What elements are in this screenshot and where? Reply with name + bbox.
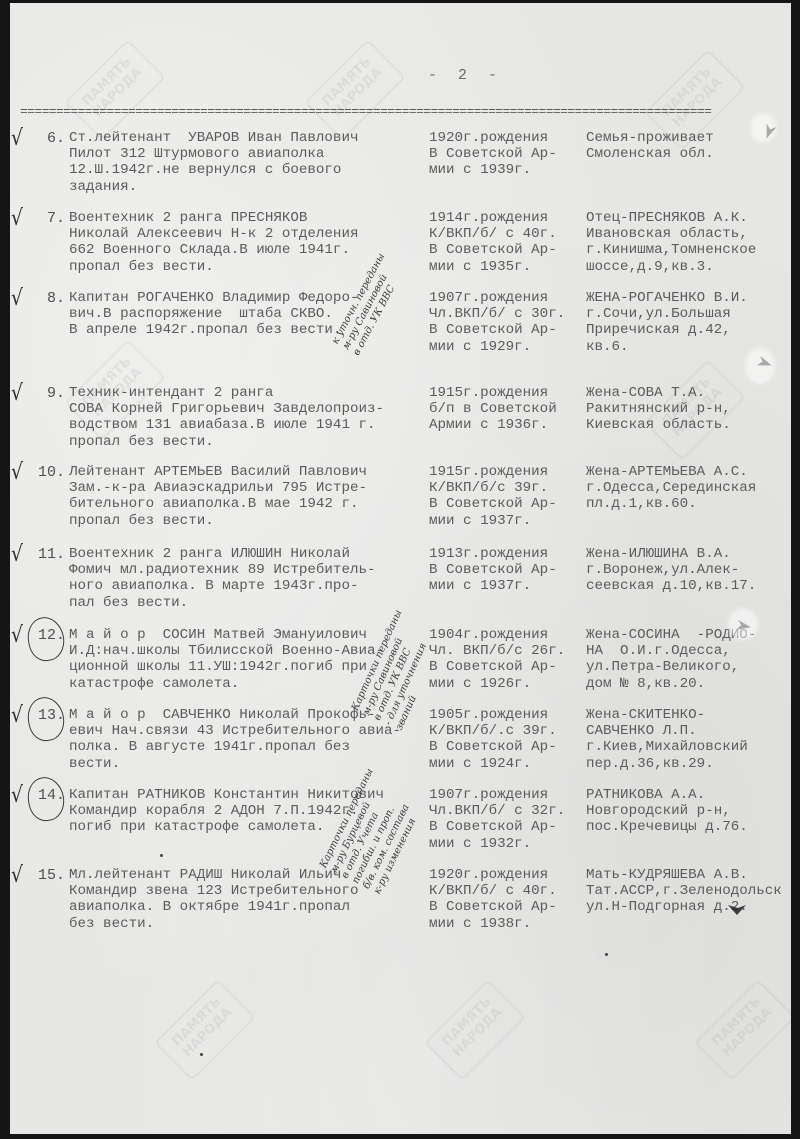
text-line: Воентехник 2 ранга ИЛЮШИН Николай	[69, 546, 376, 562]
text-line: Приречиская д.42,	[586, 322, 748, 338]
relatives-address: Семья-проживаетСмоленская обл.	[586, 130, 714, 162]
text-line: В Советской Ар-	[429, 659, 565, 675]
text-line: Пилот 312 Штурмового авиаполка	[69, 146, 358, 162]
text-line: В Советской Ар-	[429, 322, 565, 338]
relatives-address: Отец-ПРЕСНЯКОВ А.К.Ивановская область,г.…	[586, 210, 756, 275]
text-line: г.Сочи,ул.Большая	[586, 306, 748, 322]
text-line: К/ВКП/б/ с 40г.	[429, 883, 557, 899]
text-line: НА О.И.г.Одесса,	[586, 643, 756, 659]
birth-party-info: 1905г.рожденияК/ВКП/б/.с 39г.В Советской…	[429, 707, 557, 772]
text-line: 1913г.рождения	[429, 546, 557, 562]
watermark: ПАМЯТЬ НАРОДА	[304, 39, 406, 141]
entry-number: 10.	[10, 464, 65, 481]
text-line: Мать-КУДРЯШЕВА А.В.	[586, 867, 782, 883]
text-line: пл.д.1,кв.60.	[586, 496, 756, 512]
text-line: ЖЕНА-РОГАЧЕНКО В.И.	[586, 290, 748, 306]
text-line: Новгородский р-н,	[586, 803, 748, 819]
text-line: мии с 1939г.	[429, 162, 557, 178]
birth-party-info: 1914г.рожденияК/ВКП/б/ с 40г.В Советской…	[429, 210, 557, 275]
text-line: В Советской Ар-	[429, 496, 557, 512]
service-record: Воентехник 2 ранга ИЛЮШИН НиколайФомич м…	[69, 546, 376, 611]
birth-party-info: 1907г.рожденияЧл.ВКП/б/ с 32г.В Советско…	[429, 787, 565, 852]
birth-party-info: 1913г.рожденияВ Советской Ар-мии с 1937г…	[429, 546, 557, 595]
text-line: 1914г.рождения	[429, 210, 557, 226]
text-line: пер.д.36,кв.29.	[586, 756, 748, 772]
entry-number: 6.	[10, 130, 65, 147]
service-record: Капитан РОГАЧЕНКО Владимир Федоро-вич.В …	[69, 290, 358, 339]
text-line: авиаполка. В октябре 1941г.пропал	[69, 899, 358, 915]
service-record: Техник-интендант 2 рангаСОВА Корней Григ…	[69, 385, 384, 450]
text-line: Чл. ВКП/б/с 26г.	[429, 643, 565, 659]
text-line: М а й о р СОСИН Матвей Эмануилович	[69, 627, 384, 643]
text-line: Семья-проживает	[586, 130, 714, 146]
text-line: К/ВКП/б/ с 40г.	[429, 226, 557, 242]
text-line: ул.Н-Подгорная д.2.	[586, 899, 782, 915]
birth-party-info: 1907г.рожденияЧл.ВКП/б/ с 30г.В Советско…	[429, 290, 565, 355]
text-line: Зам.-к-ра Авиаэскадрильи 795 Истре-	[69, 480, 367, 496]
text-line: Воентехник 2 ранга ПРЕСНЯКОВ	[69, 210, 358, 226]
text-line: Армии с 1936г.	[429, 417, 557, 433]
text-line: САВЧЕНКО Л.П.	[586, 723, 748, 739]
text-line: Смоленская обл.	[586, 146, 714, 162]
text-line: б/п в Советской	[429, 401, 557, 417]
text-line: Жена-СКИТЕНКО-	[586, 707, 748, 723]
text-line: пропал без вести.	[69, 434, 384, 450]
text-line: ул.Петра-Великого,	[586, 659, 756, 675]
relatives-address: Жена-АРТЕМЬЕВА А.С.г.Одесса,Серединскаяп…	[586, 464, 756, 513]
text-line: Николай Алексеевич Н-к 2 отделения	[69, 226, 358, 242]
text-line: РАТНИКОВА А.А.	[586, 787, 748, 803]
text-line: 1904г.рождения	[429, 627, 565, 643]
text-line: кв.6.	[586, 339, 748, 355]
relatives-address: Жена-СОСИНА -РОДИО-НА О.И.г.Одесса,ул.Пе…	[586, 627, 756, 692]
text-line: Мл.лейтенант РАДИШ Николай Ильич	[69, 867, 358, 883]
text-line: мии с 1929г.	[429, 339, 565, 355]
entry-number: 14.	[10, 787, 65, 804]
text-line: пропал без вести.	[69, 259, 358, 275]
text-line: В Советской Ар-	[429, 146, 557, 162]
paper-speck	[200, 1053, 203, 1056]
text-line: В Советской Ар-	[429, 819, 565, 835]
text-line: без вести.	[69, 916, 358, 932]
text-line: СОВА Корней Григорьевич Завделопроиз-	[69, 401, 384, 417]
text-line: 1907г.рождения	[429, 290, 565, 306]
text-line: 1905г.рождения	[429, 707, 557, 723]
text-line: мии с 1926г.	[429, 676, 565, 692]
text-line: Жена-ИЛЮШИНА В.А.	[586, 546, 756, 562]
text-line: 1907г.рождения	[429, 787, 565, 803]
text-line: ного авиаполка. В марте 1943г.про-	[69, 578, 376, 594]
entry-number: 11.	[10, 546, 65, 563]
text-line: катастрофе самолета.	[69, 676, 384, 692]
relatives-address: Мать-КУДРЯШЕВА А.В.Тат.АССР,г.Зеленодоль…	[586, 867, 782, 916]
text-line: Техник-интендант 2 ранга	[69, 385, 384, 401]
birth-party-info: 1915г.рожденияб/п в СоветскойАрмии с 193…	[429, 385, 557, 434]
text-line: мии с 1937г.	[429, 578, 557, 594]
text-line: мии с 1937г.	[429, 513, 557, 529]
text-line: сеевская д.10,кв.17.	[586, 578, 756, 594]
watermark: ПАМЯТЬ НАРОДА	[64, 39, 166, 141]
text-line: В Советской Ар-	[429, 739, 557, 755]
text-line: Ст.лейтенант УВАРОВ Иван Павлович	[69, 130, 358, 146]
text-line: пропал без вести.	[69, 513, 367, 529]
text-line: К/ВКП/б/с 39г.	[429, 480, 557, 496]
text-line: мии с 1938г.	[429, 916, 557, 932]
paper-damage	[728, 608, 758, 640]
text-line: Отец-ПРЕСНЯКОВ А.К.	[586, 210, 756, 226]
paper-damage	[745, 348, 775, 384]
text-line: задания.	[69, 179, 358, 195]
text-line: Жена-СОВА Т.А.	[586, 385, 731, 401]
scanned-document: ПАМЯТЬ НАРОДА ПАМЯТЬ НАРОДА ПАМЯТЬ НАРОД…	[0, 0, 800, 1139]
birth-party-info: 1904г.рожденияЧл. ВКП/б/с 26г.В Советско…	[429, 627, 565, 692]
text-line: мии с 1935г.	[429, 259, 557, 275]
text-line: В Советской Ар-	[429, 242, 557, 258]
paper-damage	[750, 113, 776, 143]
text-line: 1915г.рождения	[429, 385, 557, 401]
text-line: Фомич мл.радиотехник 89 Истребитель-	[69, 562, 376, 578]
text-line: Капитан РАТНИКОВ Константин Никитович	[69, 787, 384, 803]
text-line: пал без вести.	[69, 595, 376, 611]
text-line: г.Киев,Михайловский	[586, 739, 748, 755]
text-line: Ракитнянский р-н,	[586, 401, 731, 417]
service-record: Мл.лейтенант РАДИШ Николай ИльичКомандир…	[69, 867, 358, 932]
text-line: 12.Ш.1942г.не вернулся с боевого	[69, 162, 358, 178]
text-line: мии с 1932г.	[429, 836, 565, 852]
text-line: Чл.ВКП/б/ с 30г.	[429, 306, 565, 322]
text-line: 662 Военного Склада.В июле 1941г.	[69, 242, 358, 258]
text-line: К/ВКП/б/.с 39г.	[429, 723, 557, 739]
text-line: ционной школы 11.УШ:1942г.погиб при	[69, 659, 384, 675]
text-line: Тат.АССР,г.Зеленодольск	[586, 883, 782, 899]
text-line: В апреле 1942г.пропал без вести.	[69, 322, 358, 338]
text-line: Чл.ВКП/б/ с 32г.	[429, 803, 565, 819]
text-line: мии с 1924г.	[429, 756, 557, 772]
paper-speck	[605, 953, 608, 956]
entry-number: 7.	[10, 210, 65, 227]
birth-party-info: 1920г.рожденияВ Советской Ар-мии с 1939г…	[429, 130, 557, 179]
separator-line: ========================================…	[20, 104, 750, 119]
text-line: Жена-АРТЕМЬЕВА А.С.	[586, 464, 756, 480]
service-record: М а й о р САВЧЕНКО Николай Прокофь-евич …	[69, 707, 401, 772]
text-line: полка. В августе 1941г.пропал без	[69, 739, 401, 755]
relatives-address: Жена-СОВА Т.А.Ракитнянский р-н,Киевская …	[586, 385, 731, 434]
text-line: шоссе,д.9,кв.3.	[586, 259, 756, 275]
service-record: М а й о р СОСИН Матвей ЭмануиловичИ.Д:на…	[69, 627, 384, 692]
text-line: г.Воронеж,ул.Алек-	[586, 562, 756, 578]
text-line: г.Одесса,Серединская	[586, 480, 756, 496]
text-line: В Советской Ар-	[429, 562, 557, 578]
page-number: - 2 -	[428, 67, 503, 84]
paper-sheet: ПАМЯТЬ НАРОДА ПАМЯТЬ НАРОДА ПАМЯТЬ НАРОД…	[10, 3, 791, 1134]
entry-number: 12.	[10, 627, 65, 644]
text-line: Капитан РОГАЧЕНКО Владимир Федоро-	[69, 290, 358, 306]
text-line: дом № 8,кв.20.	[586, 676, 756, 692]
text-line: В Советской Ар-	[429, 899, 557, 915]
text-line: евич Нач.связи 43 Истребительного авиа-	[69, 723, 401, 739]
service-record: Лейтенант АРТЕМЬЕВ Василий ПавловичЗам.-…	[69, 464, 367, 529]
text-line: И.Д:нач.школы Тбилисской Военно-Авиа-	[69, 643, 384, 659]
entry-number: 15.	[10, 867, 65, 884]
relatives-address: Жена-ИЛЮШИНА В.А.г.Воронеж,ул.Алек-сеевс…	[586, 546, 756, 595]
relatives-address: ЖЕНА-РОГАЧЕНКО В.И.г.Сочи,ул.БольшаяПрир…	[586, 290, 748, 355]
text-line: М а й о р САВЧЕНКО Николай Прокофь-	[69, 707, 401, 723]
entry-number: 9.	[10, 385, 65, 402]
relatives-address: Жена-СКИТЕНКО-САВЧЕНКО Л.П.г.Киев,Михайл…	[586, 707, 748, 772]
text-line: 1920г.рождения	[429, 867, 557, 883]
paper-speck	[160, 854, 163, 857]
text-line: пос.Кречевицы д.76.	[586, 819, 748, 835]
text-line: 1915г.рождения	[429, 464, 557, 480]
text-line: бительного авиаполка.В мае 1942 г.	[69, 496, 367, 512]
text-line: вести.	[69, 756, 401, 772]
service-record: Воентехник 2 ранга ПРЕСНЯКОВНиколай Алек…	[69, 210, 358, 275]
watermark: ПАМЯТЬ НАРОДА	[154, 979, 256, 1081]
text-line: водством 131 авиабаза.В июле 1941 г.	[69, 417, 384, 433]
relatives-address: РАТНИКОВА А.А.Новгородский р-н,пос.Крече…	[586, 787, 748, 836]
entry-number: 8.	[10, 290, 65, 307]
text-line: Командир звена 123 Истребительного	[69, 883, 358, 899]
text-line: 1920г.рождения	[429, 130, 557, 146]
watermark: ПАМЯТЬ НАРОДА	[424, 979, 526, 1081]
service-record: Ст.лейтенант УВАРОВ Иван ПавловичПилот 3…	[69, 130, 358, 195]
watermark: ПАМЯТЬ НАРОДА	[694, 979, 791, 1081]
text-line: Командир корабля 2 АДОН 7.П.1942г.	[69, 803, 384, 819]
entry-number: 13.	[10, 707, 65, 724]
birth-party-info: 1920г.рожденияК/ВКП/б/ с 40г.В Советской…	[429, 867, 557, 932]
birth-party-info: 1915г.рожденияК/ВКП/б/с 39г.В Советской …	[429, 464, 557, 529]
text-line: г.Кинишма,Томненское	[586, 242, 756, 258]
text-line: Ивановская область,	[586, 226, 756, 242]
text-line: вич.В распоряжение штаба СКВО.	[69, 306, 358, 322]
text-line: Киевская область.	[586, 417, 731, 433]
text-line: Лейтенант АРТЕМЬЕВ Василий Павлович	[69, 464, 367, 480]
